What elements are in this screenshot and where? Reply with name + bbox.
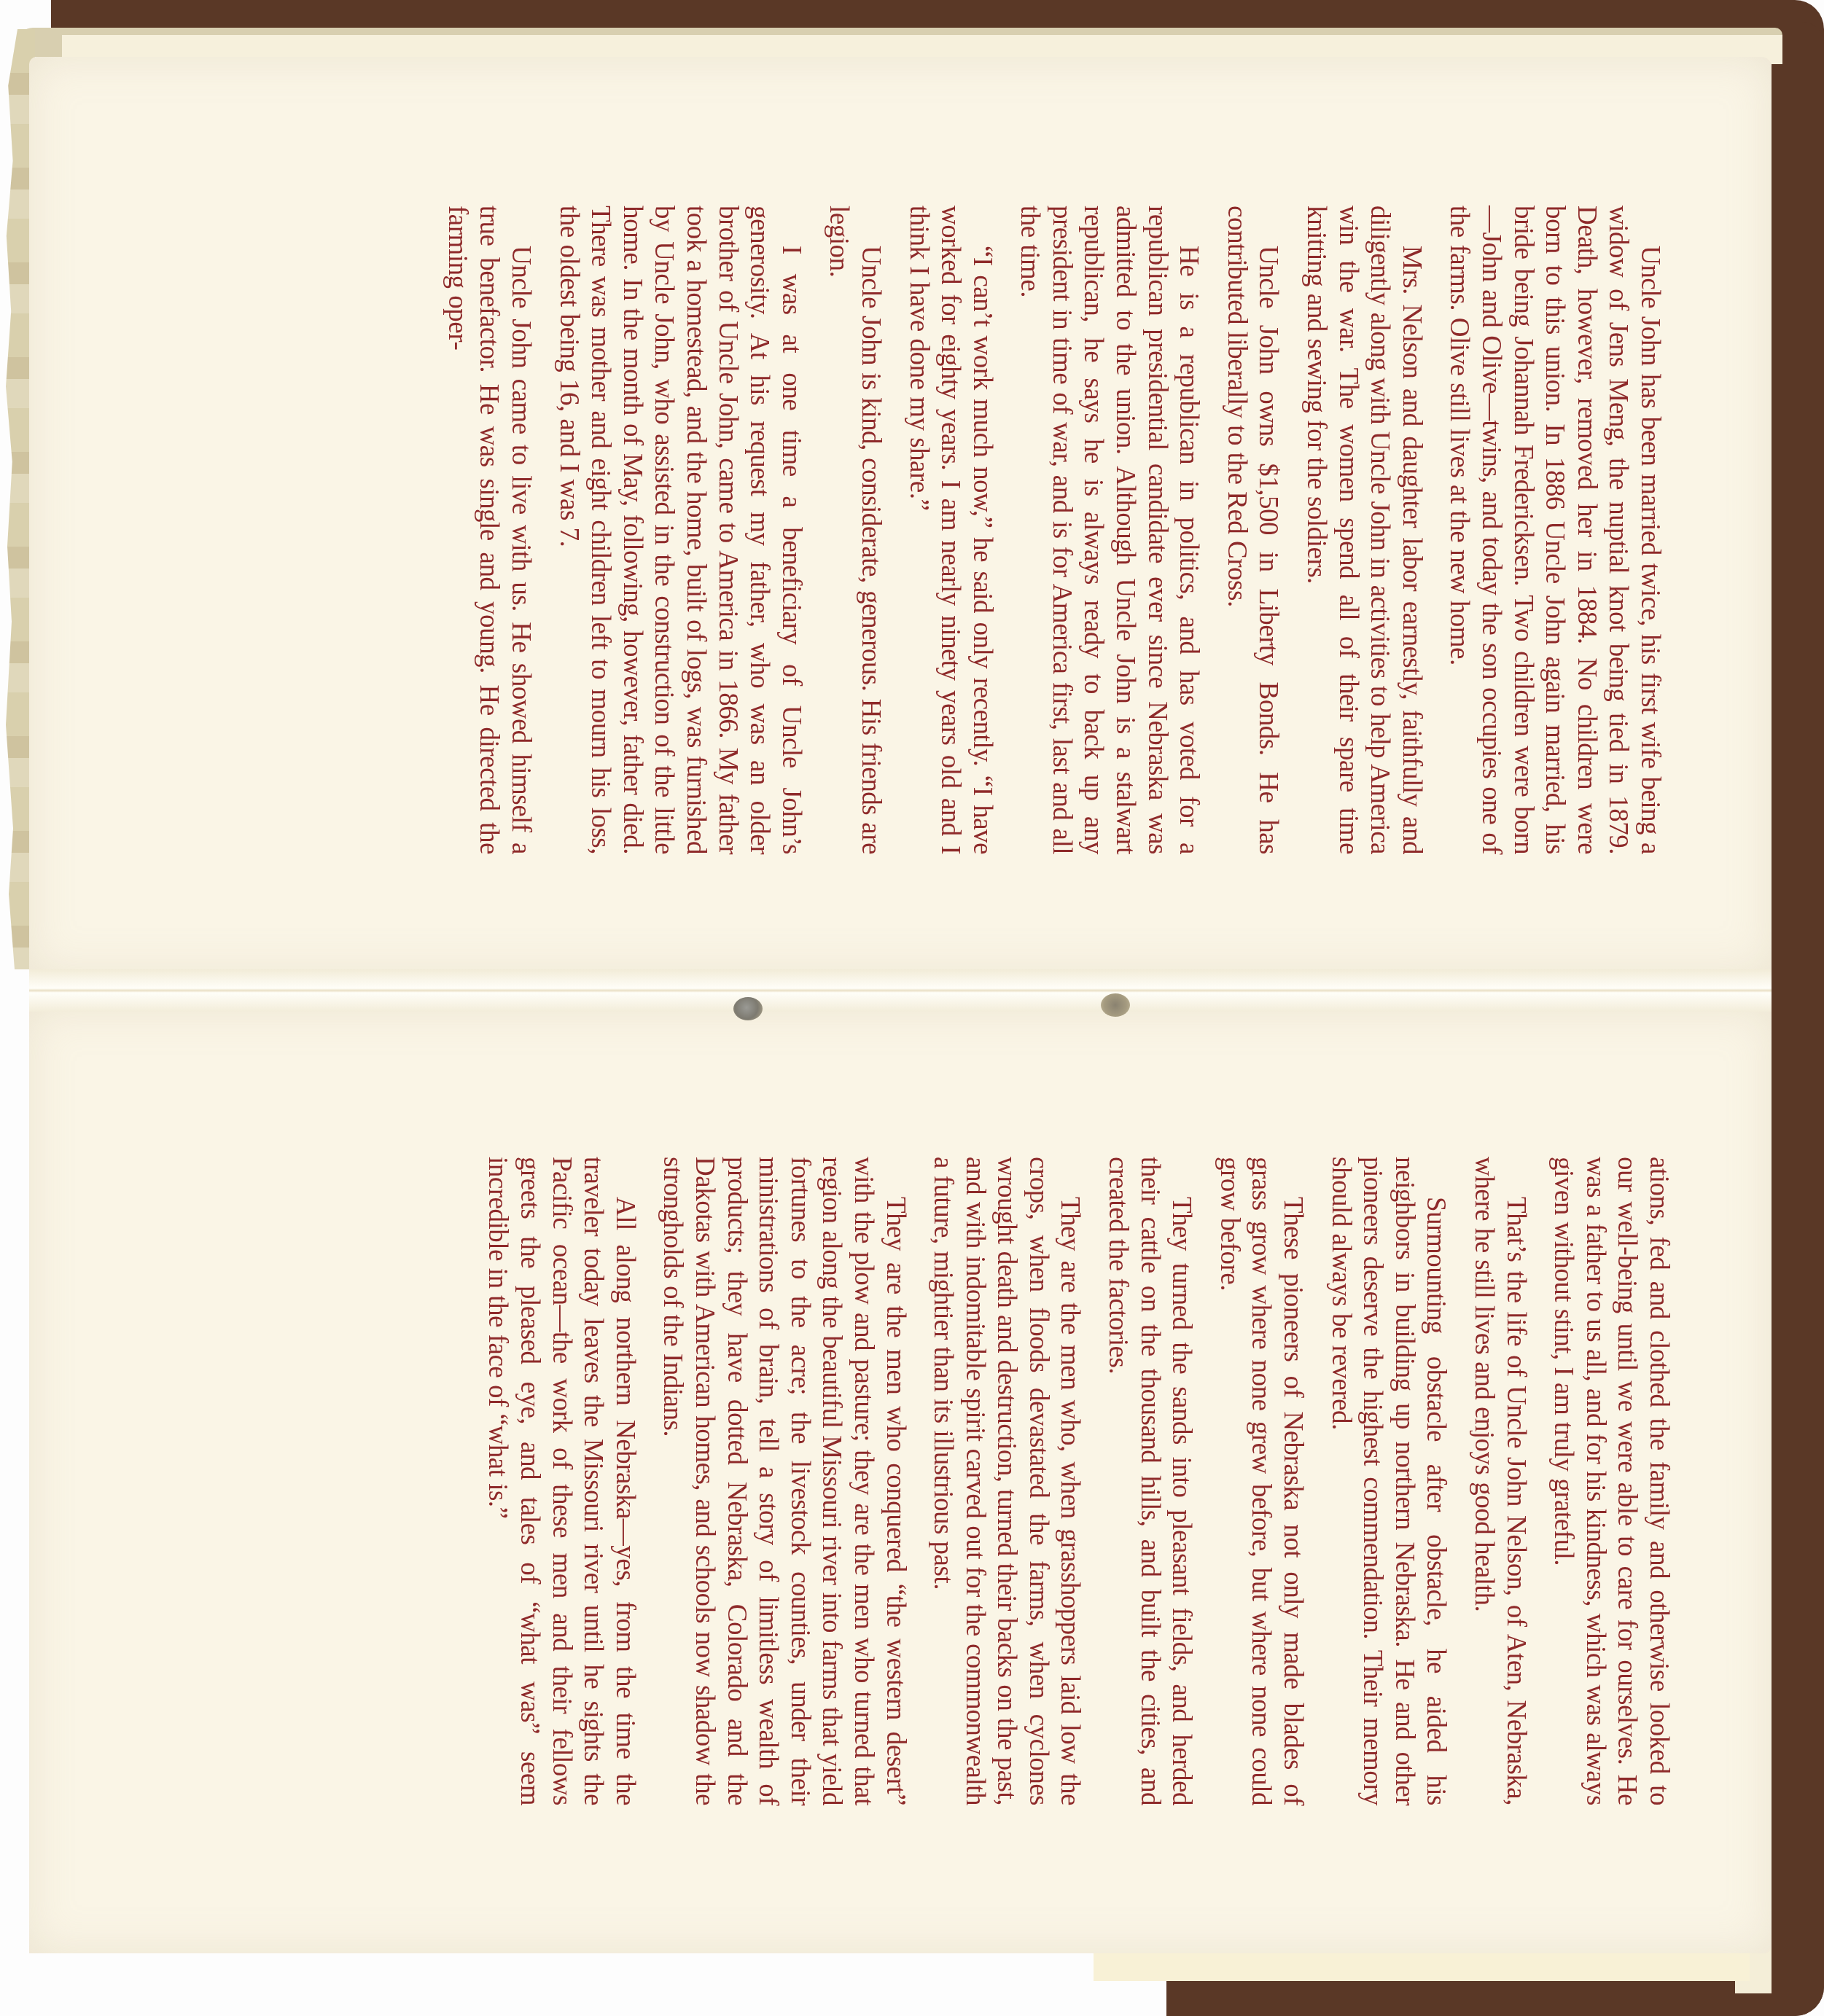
paragraph: They turned the sands into pleasant fiel… [1102, 1157, 1198, 1805]
paragraph: These pioneers of Nebraska not only made… [1213, 1157, 1309, 1805]
cover-edge-right [1772, 22, 1824, 2016]
binding-stitch-icon [733, 997, 763, 1020]
underlying-page-edge-bottom [1094, 1953, 1750, 1981]
paragraph: Mrs. Nelson and daughter labor earnestly… [1300, 206, 1427, 854]
paragraph: Uncle John has been married twice, his f… [1443, 206, 1666, 854]
paragraph: Uncle John came to live with us. He show… [441, 206, 537, 854]
paragraph: They are the men who, when grasshoppers … [927, 1157, 1086, 1805]
paragraph: “I can’t work much now,” he said only re… [903, 206, 998, 854]
paragraph: He is a republican in politics, and has … [1014, 206, 1205, 854]
paragraph-continued: ations, fed and clothed the family and o… [1548, 1157, 1675, 1805]
paragraph: Surmounting obstacle after obstacle, he … [1325, 1157, 1451, 1805]
upper-page-text: Uncle John has been married twice, his f… [200, 206, 1666, 854]
paragraph: Uncle John is kind, considerate, generou… [823, 206, 886, 854]
binding-stitch-icon [1101, 993, 1130, 1017]
paragraph: That’s the life of Uncle John Nelson, of… [1468, 1157, 1531, 1805]
binding-gutter [29, 969, 1772, 1012]
paragraph: I was at one time a beneficiary of Uncle… [553, 206, 807, 854]
lower-page-text: ations, fed and clothed the family and o… [195, 1157, 1675, 1805]
paragraph: They are the men who conquered “the west… [657, 1157, 911, 1805]
paragraph: Uncle John owns $1,500 in Liberty Bonds.… [1220, 206, 1284, 854]
paragraph: All along northern Nebraska—yes, from th… [482, 1157, 641, 1805]
